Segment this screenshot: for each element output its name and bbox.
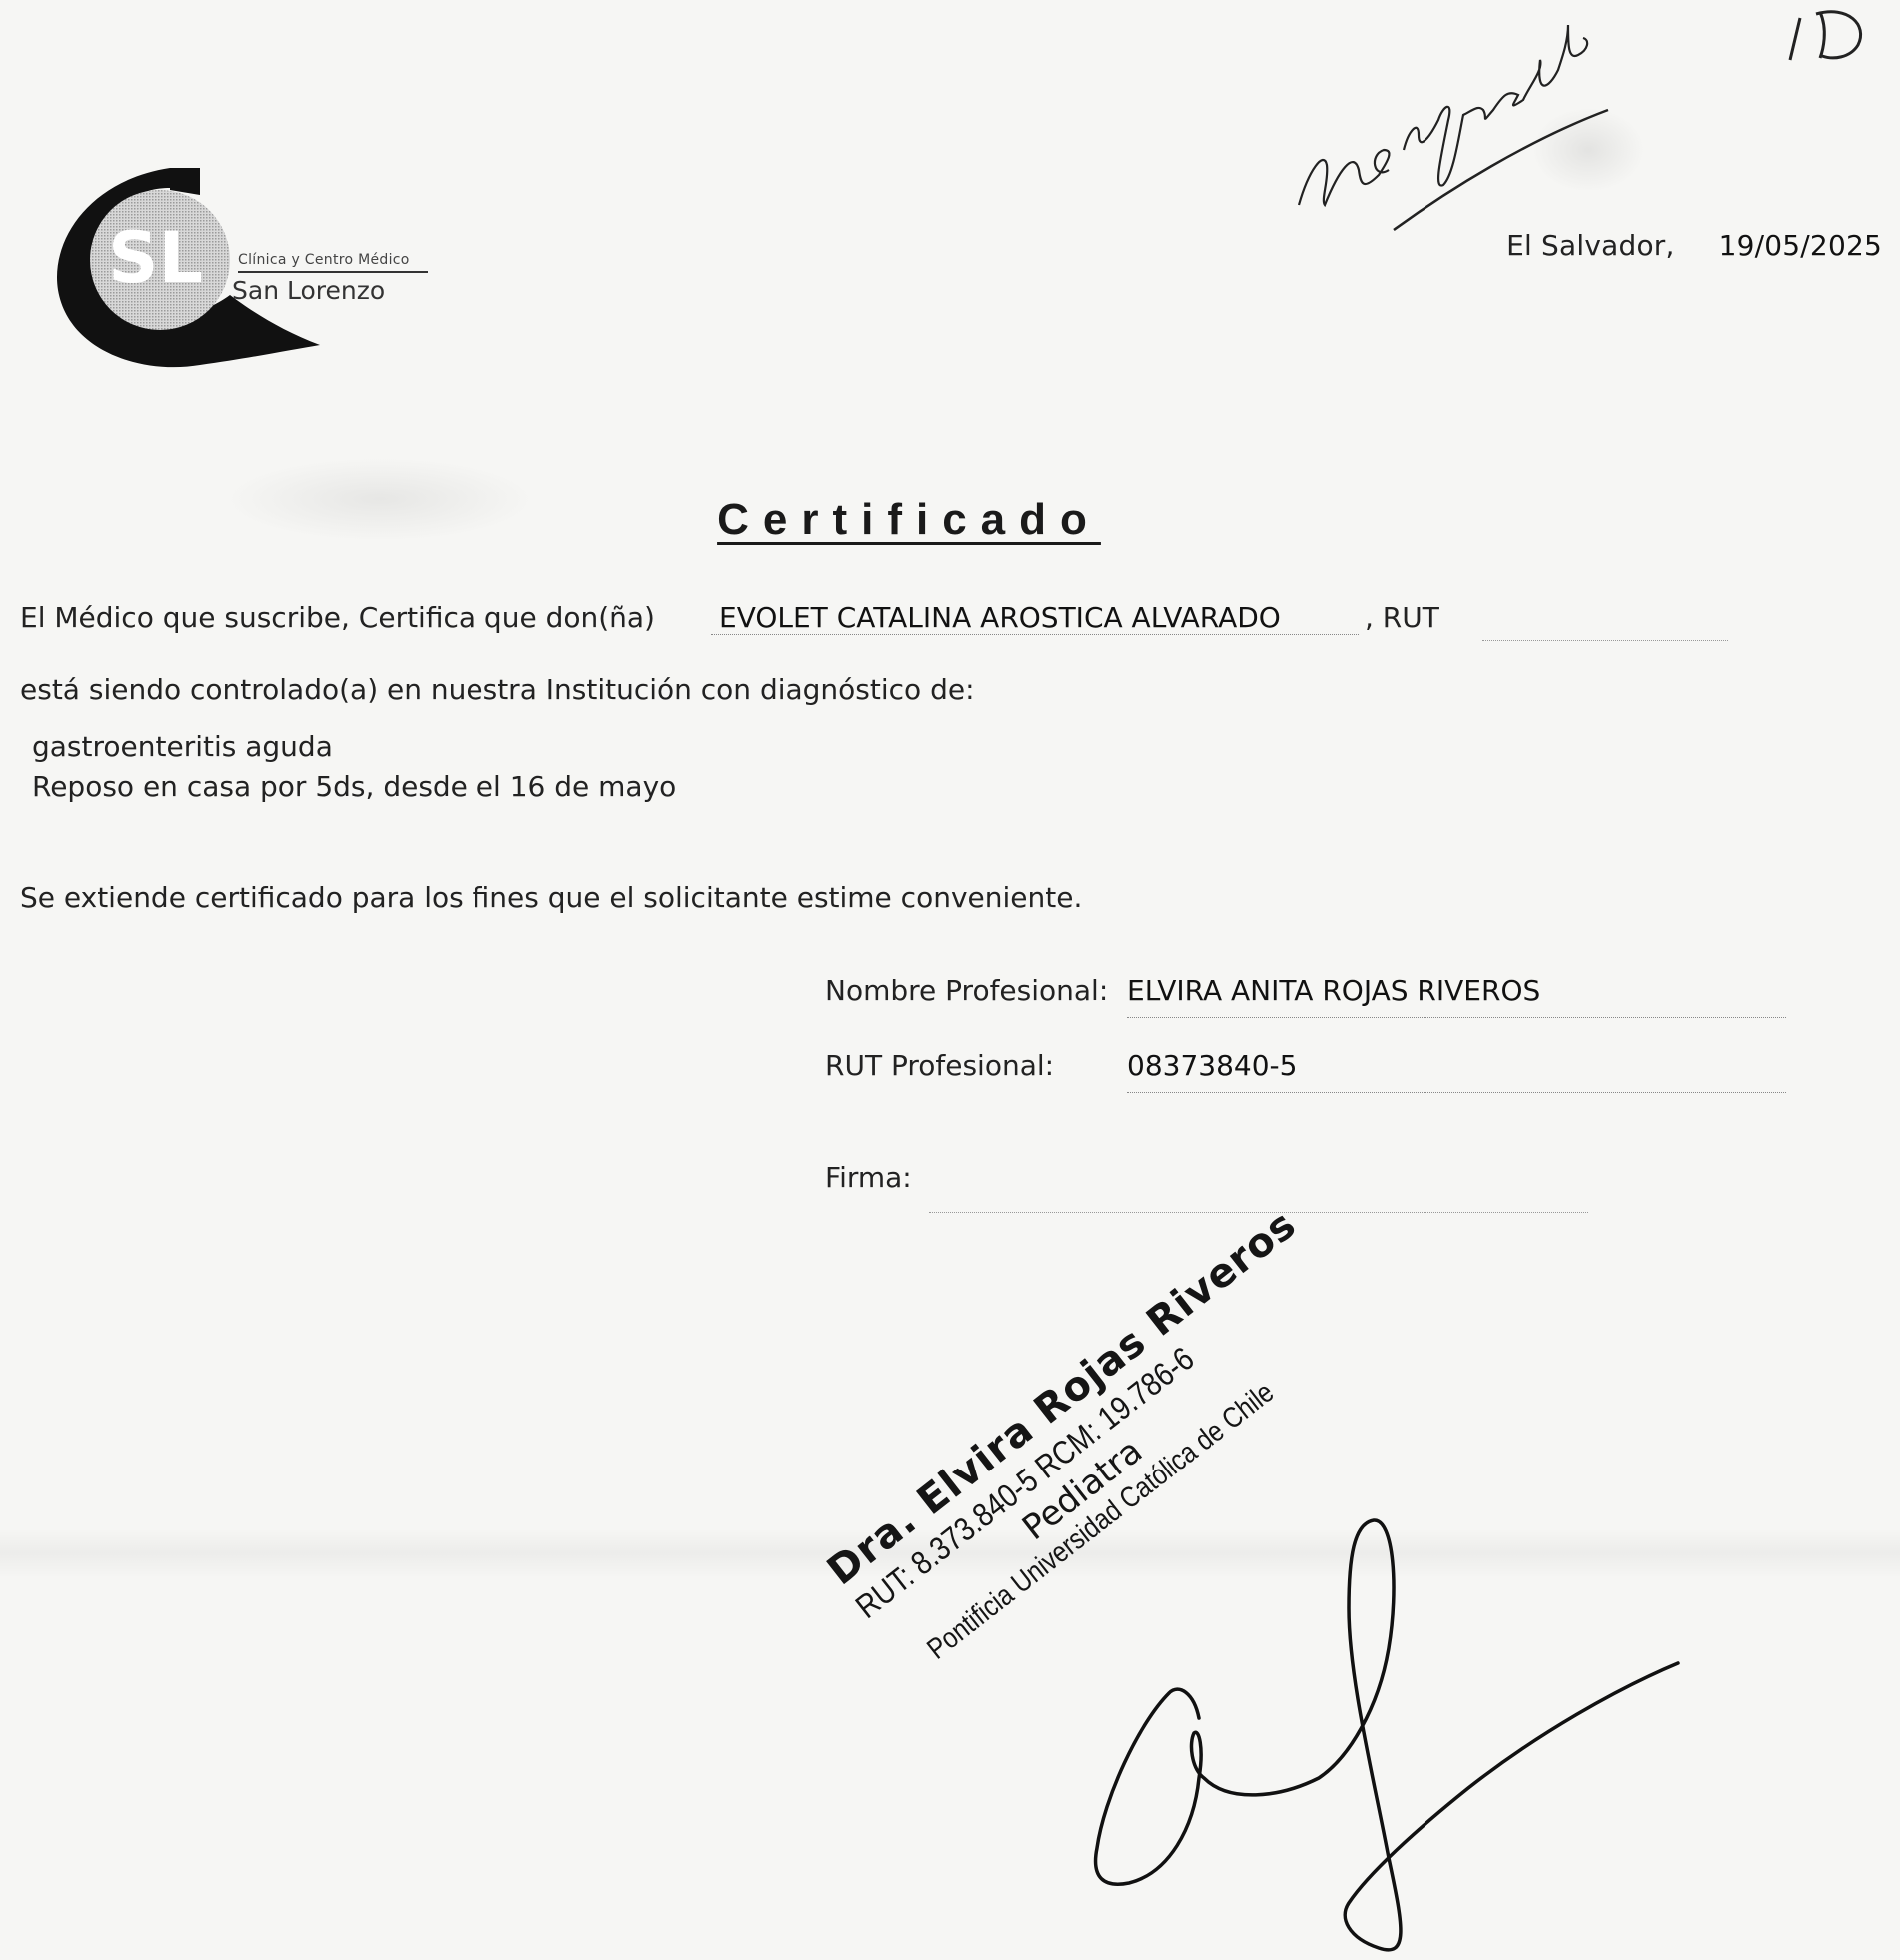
professional-rut: 08373840-5: [1127, 1049, 1786, 1093]
professional-rut-label: RUT Profesional:: [825, 1049, 1054, 1082]
controlled-text: está siendo controlado(a) en nuestra Ins…: [20, 673, 975, 706]
clinic-name-line1: Clínica y Centro Médico: [238, 252, 410, 268]
signature-label: Firma:: [825, 1161, 912, 1194]
diagnosis-line: gastroenteritis aguda: [32, 730, 333, 763]
issue-date: 19/05/2025: [1719, 229, 1882, 262]
svg-text:SL: SL: [108, 217, 203, 299]
signature-icon: [1019, 1478, 1718, 1958]
logo-divider: [238, 271, 428, 273]
patient-name: EVOLET CATALINA AROSTICA ALVARADO: [711, 601, 1359, 635]
place-date: El Salvador,19/05/2025: [1506, 229, 1882, 262]
place-label: El Salvador,: [1506, 229, 1675, 262]
signature-line: [929, 1211, 1588, 1213]
patient-rut-label: , RUT: [1365, 601, 1439, 634]
intro-text: El Médico que suscribe, Certifica que do…: [20, 601, 655, 634]
diagnosis-line: Reposo en casa por 5ds, desde el 16 de m…: [32, 770, 676, 803]
clinic-logo-icon: SL: [50, 160, 450, 380]
closing-text: Se extiende certificado para los fines q…: [20, 881, 1082, 914]
professional-name-label: Nombre Profesional:: [825, 974, 1108, 1007]
patient-rut-field: [1482, 639, 1728, 641]
handwritten-note-icon: [1269, 0, 1648, 245]
professional-name: ELVIRA ANITA ROJAS RIVEROS: [1127, 974, 1786, 1018]
handwritten-mark-icon: [1778, 0, 1878, 70]
clinic-name-line2: San Lorenzo: [232, 276, 385, 305]
document-title: Certificado: [0, 495, 1818, 545]
